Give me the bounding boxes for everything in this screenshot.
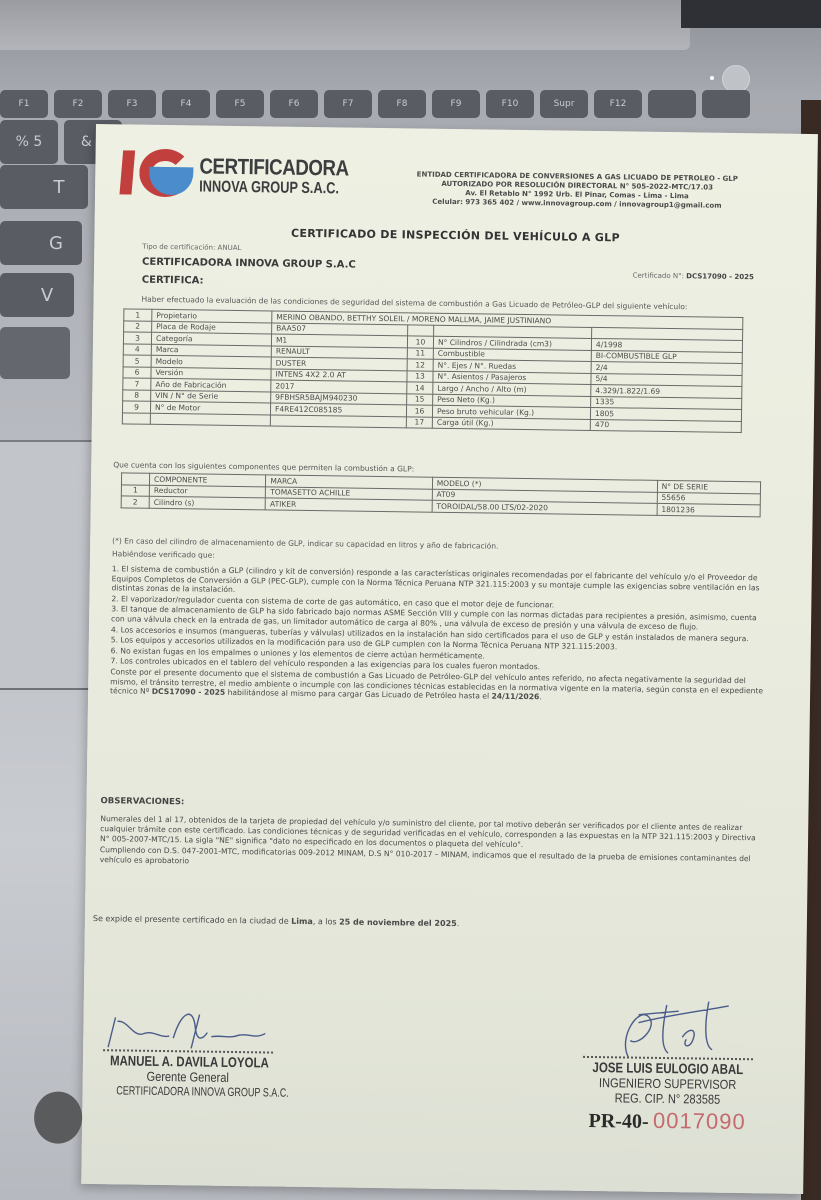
vehicle-table: 1 Propietario MERINO OBANDO, BETTHY SOLE… <box>122 308 744 433</box>
key-5: % 5 <box>0 120 58 164</box>
function-key <box>702 90 750 118</box>
brand-name: CERTIFICADORA INNOVA GROUP S.A.C. <box>199 155 375 197</box>
verification-lead: Habiéndose verificado que: <box>112 549 215 559</box>
key-v: V <box>0 273 74 317</box>
components-table: COMPONENTE MARCA MODELO (*) N° DE SERIE … <box>121 472 761 516</box>
serial-number: PR-40- 0017090 <box>567 1107 767 1136</box>
observations-heading: OBSERVACIONES: <box>100 796 184 807</box>
signature-scribble-icon <box>608 996 749 1064</box>
verification-list: 1. El sistema de combustión a GLP (cilin… <box>110 564 767 706</box>
certificate-number: Certificado N°: DCS17090 - 2025 <box>633 272 754 282</box>
entity-info: ENTIDAD CERTIFICADORA DE CONVERSIONES A … <box>357 170 797 212</box>
function-key: F9 <box>432 90 480 118</box>
function-key: F2 <box>54 90 102 118</box>
power-led-icon <box>710 76 714 80</box>
certificate-document: CERTIFICADORA INNOVA GROUP S.A.C. ENTIDA… <box>81 124 818 1194</box>
components-lead: Que cuenta con los siguientes componente… <box>113 460 414 473</box>
key-g: G <box>0 221 82 265</box>
function-key-row: F1F2F3F4F5F6F7F8F9F10SuprF12 <box>0 90 750 118</box>
certifica-heading: CERTIFICA: <box>142 275 204 287</box>
function-key: Supr <box>540 90 588 118</box>
key-t: T <box>0 165 88 209</box>
power-button <box>722 65 750 93</box>
function-key <box>648 90 696 118</box>
function-key: F8 <box>378 90 426 118</box>
laptop-lid-edge <box>0 0 690 50</box>
function-key: F7 <box>324 90 372 118</box>
intro-text: Haber efectuado la evaluación de las con… <box>141 295 687 312</box>
company-name: CERTIFICADORA INNOVA GROUP S.A.C <box>142 257 356 271</box>
function-key: F4 <box>162 90 210 118</box>
laptop-hinge <box>681 0 821 28</box>
function-key: F10 <box>486 90 534 118</box>
function-key: F1 <box>0 90 48 118</box>
punch-hole <box>34 1091 83 1144</box>
function-key: F12 <box>594 90 642 118</box>
components-note: (*) En caso del cilindro de almacenamien… <box>112 536 498 550</box>
function-key: F3 <box>108 90 156 118</box>
company-logo-icon <box>121 148 202 197</box>
observations-text: Numerales del 1 al 17, obtenidos de la t… <box>100 814 761 876</box>
function-key: F6 <box>270 90 318 118</box>
issued-statement: Se expide el presente certificado en la … <box>93 914 459 928</box>
function-key: F5 <box>216 90 264 118</box>
signature-left: MANUEL A. DAVILA LOYOLA Gerente General … <box>92 1049 283 1100</box>
key-space <box>0 327 70 379</box>
certification-type: Tipo de certificación: ANUAL <box>142 243 241 252</box>
signature-right: JOSE LUIS EULOGIO ABAL INGENIERO SUPERVI… <box>567 1056 768 1136</box>
